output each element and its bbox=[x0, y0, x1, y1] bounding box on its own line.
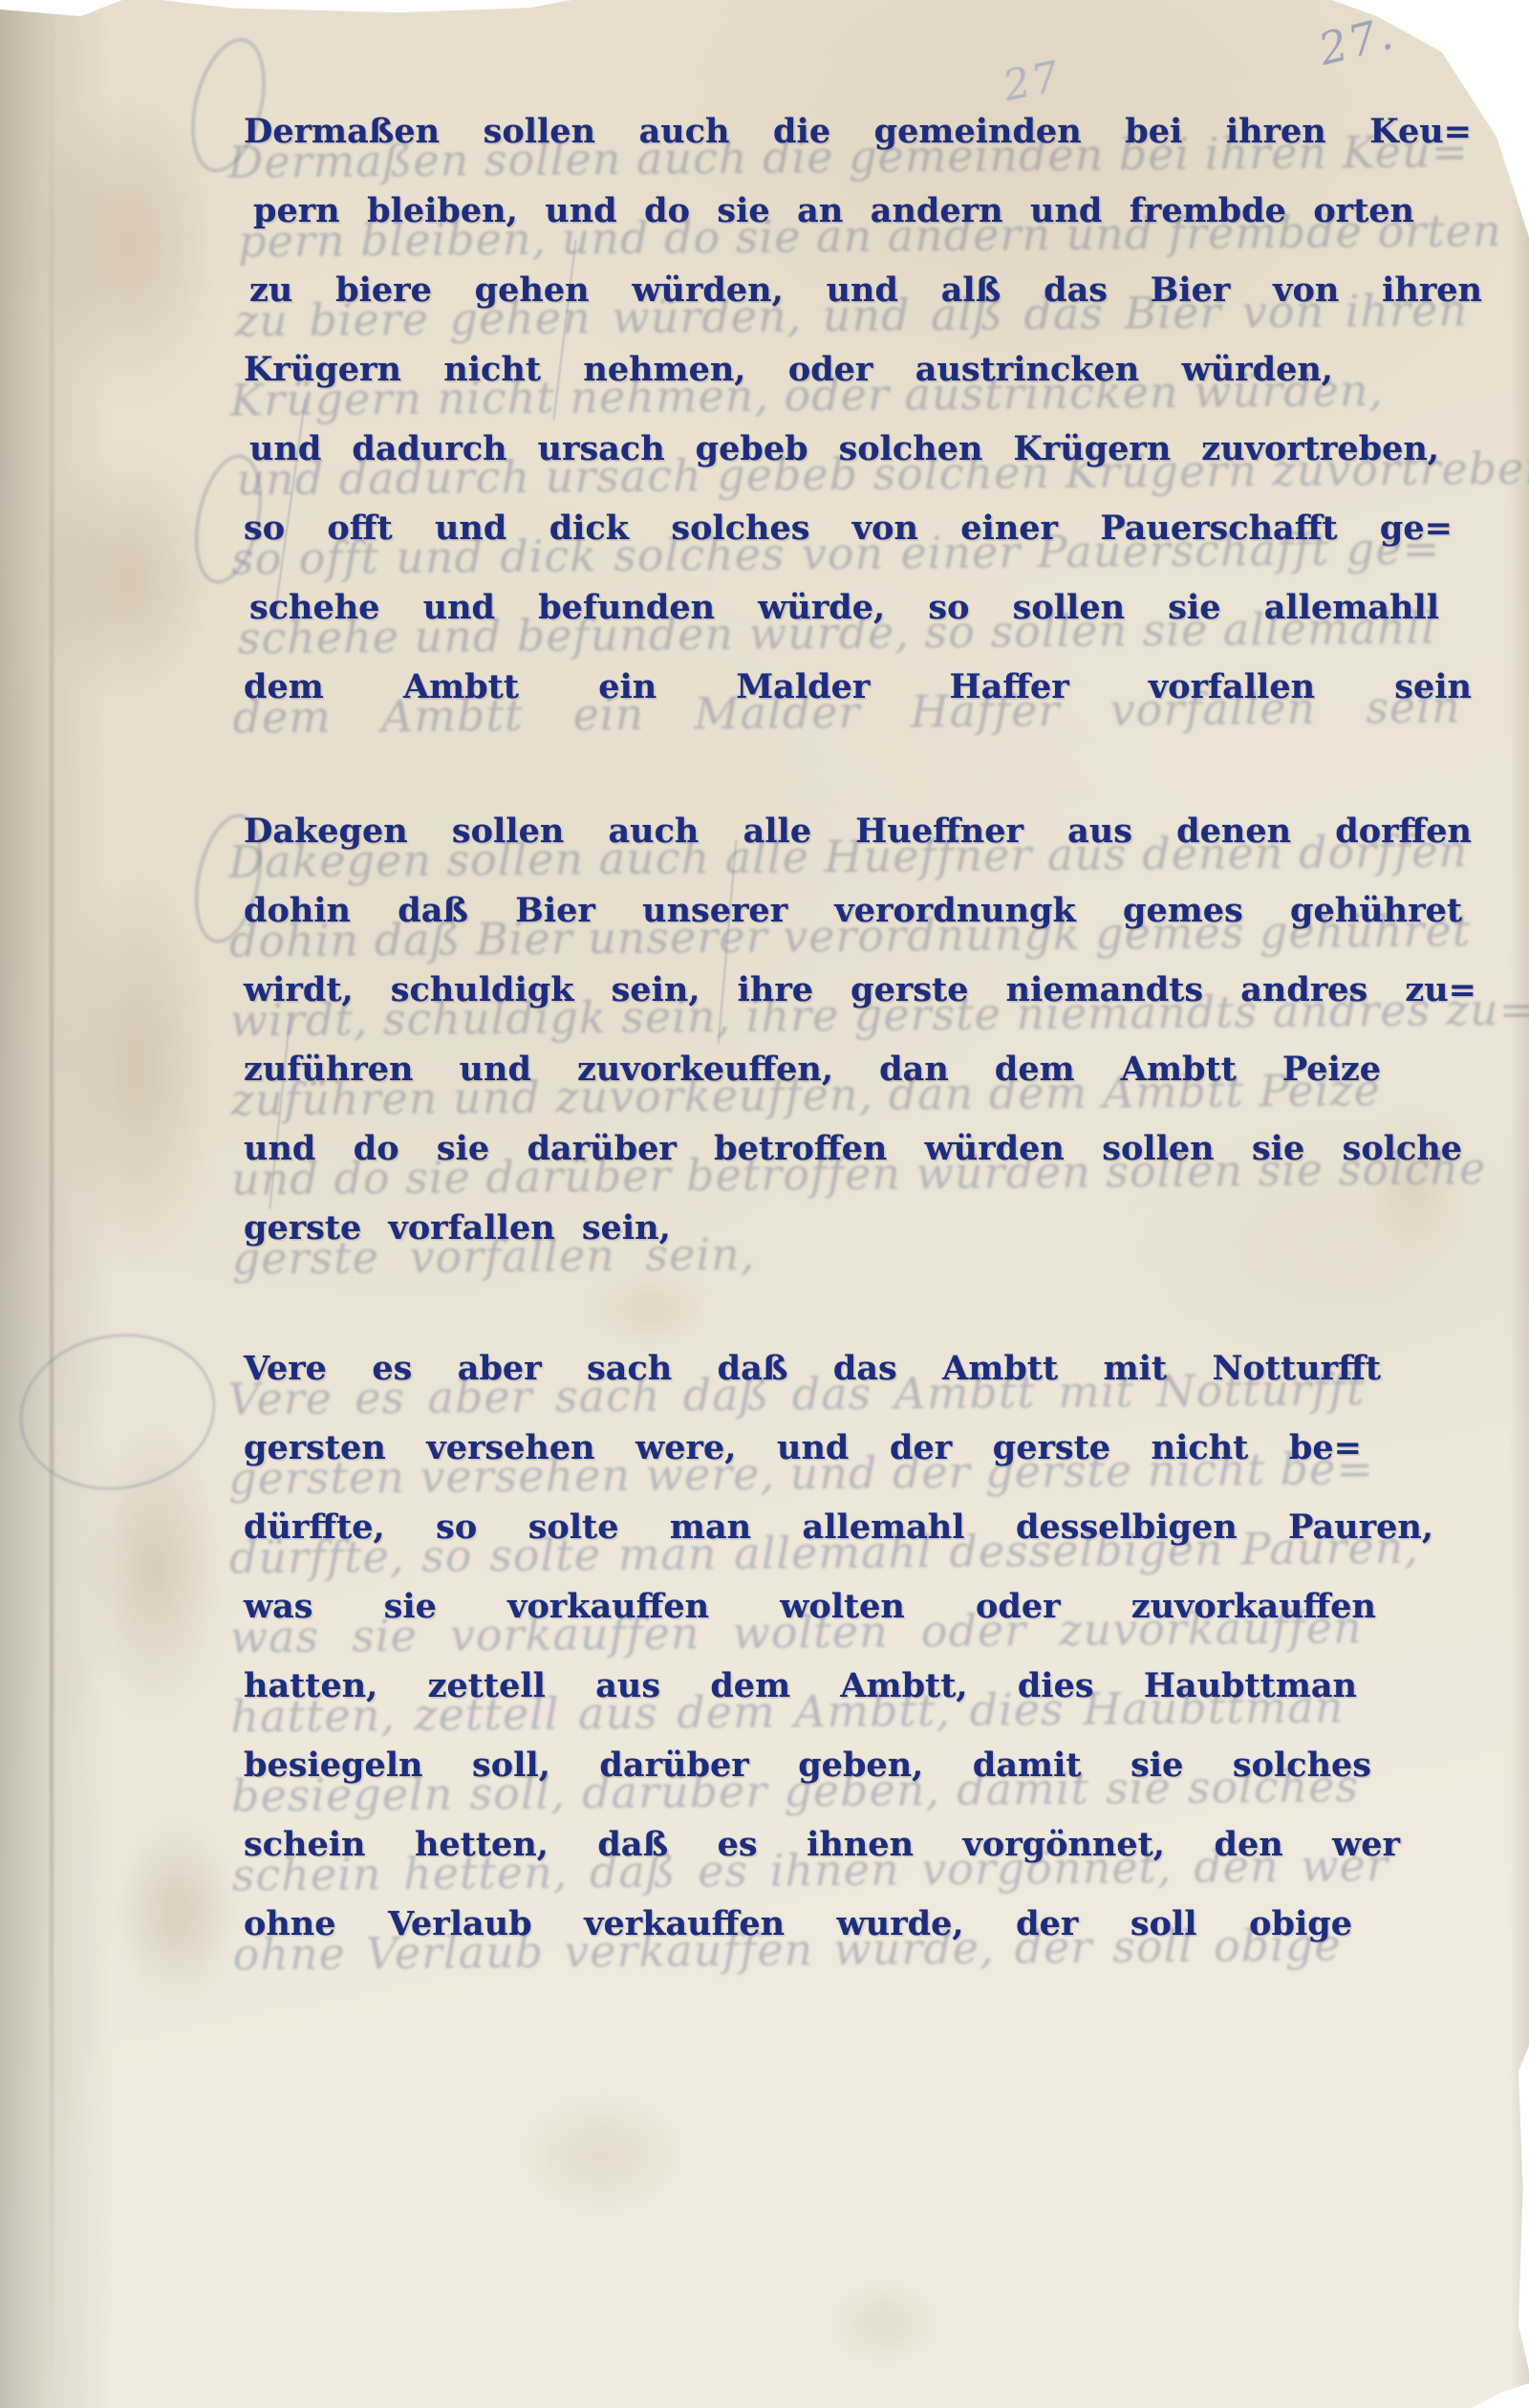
text-line: gerste vorfallen sein, bbox=[244, 1188, 1476, 1268]
text-line: was sie vorkauffen wolten oder zuvorkauf… bbox=[244, 1567, 1376, 1646]
text-line: dürffte, so solte man allemahl desselbig… bbox=[244, 1487, 1433, 1567]
text-line: Dakegen sollen auch alle Hueffner aus de… bbox=[244, 792, 1472, 871]
text-line: und dadurch ursach gebeb solchen Krügern… bbox=[249, 409, 1439, 488]
transcript-paragraph-2: Dakegen sollen auch alle Hueffner aus de… bbox=[244, 792, 1476, 1268]
text-line: schehe und befunden würde, so sollen sie… bbox=[249, 568, 1439, 647]
transcript-paragraph-3: Vere es aber sach daß das Ambtt mit Nott… bbox=[244, 1329, 1476, 1963]
manuscript-page: Dermaßen sollen auch die gemeinden bei i… bbox=[0, 0, 1529, 2408]
text-line: Krügern nicht nehmen, oder austrincken w… bbox=[244, 330, 1333, 409]
transcript-paragraph-1: Dermaßen sollen auch die gemeinden bei i… bbox=[244, 92, 1476, 727]
transcription-layer: Dermaßen sollen auch die gemeinden bei i… bbox=[0, 0, 1529, 2408]
text-line: hatten, zettell aus dem Ambtt, dies Haub… bbox=[244, 1646, 1357, 1725]
text-line: Vere es aber sach daß das Ambtt mit Nott… bbox=[244, 1329, 1381, 1408]
text-line: ohne Verlaub verkauffen wurde, der soll … bbox=[244, 1884, 1352, 1963]
text-line: zu biere gehen würden, und alß das Bier … bbox=[249, 250, 1482, 330]
text-line: dem Ambtt ein Malder Haffer vorfallen se… bbox=[244, 647, 1472, 727]
text-line: zuführen und zuvorkeuffen, dan dem Ambtt… bbox=[244, 1030, 1381, 1109]
text-line: schein hetten, daß es ihnen vorgönnet, d… bbox=[244, 1805, 1400, 1884]
text-line: dohin daß Bier unserer verordnungk gemes… bbox=[244, 871, 1462, 950]
text-line: wirdt, schuldigk sein, ihre gerste niema… bbox=[244, 950, 1476, 1030]
text-line: pern bleiben, und do sie an andern und f… bbox=[253, 171, 1414, 250]
text-line: und do sie darüber betroffen würden soll… bbox=[244, 1109, 1462, 1188]
text-line: so offt und dick solches von einer Pauer… bbox=[244, 488, 1453, 568]
text-line: besiegeln soll, darüber geben, damit sie… bbox=[244, 1725, 1371, 1805]
text-line: Dermaßen sollen auch die gemeinden bei i… bbox=[244, 92, 1472, 171]
text-line: gersten versehen were, und der gerste ni… bbox=[244, 1408, 1362, 1487]
